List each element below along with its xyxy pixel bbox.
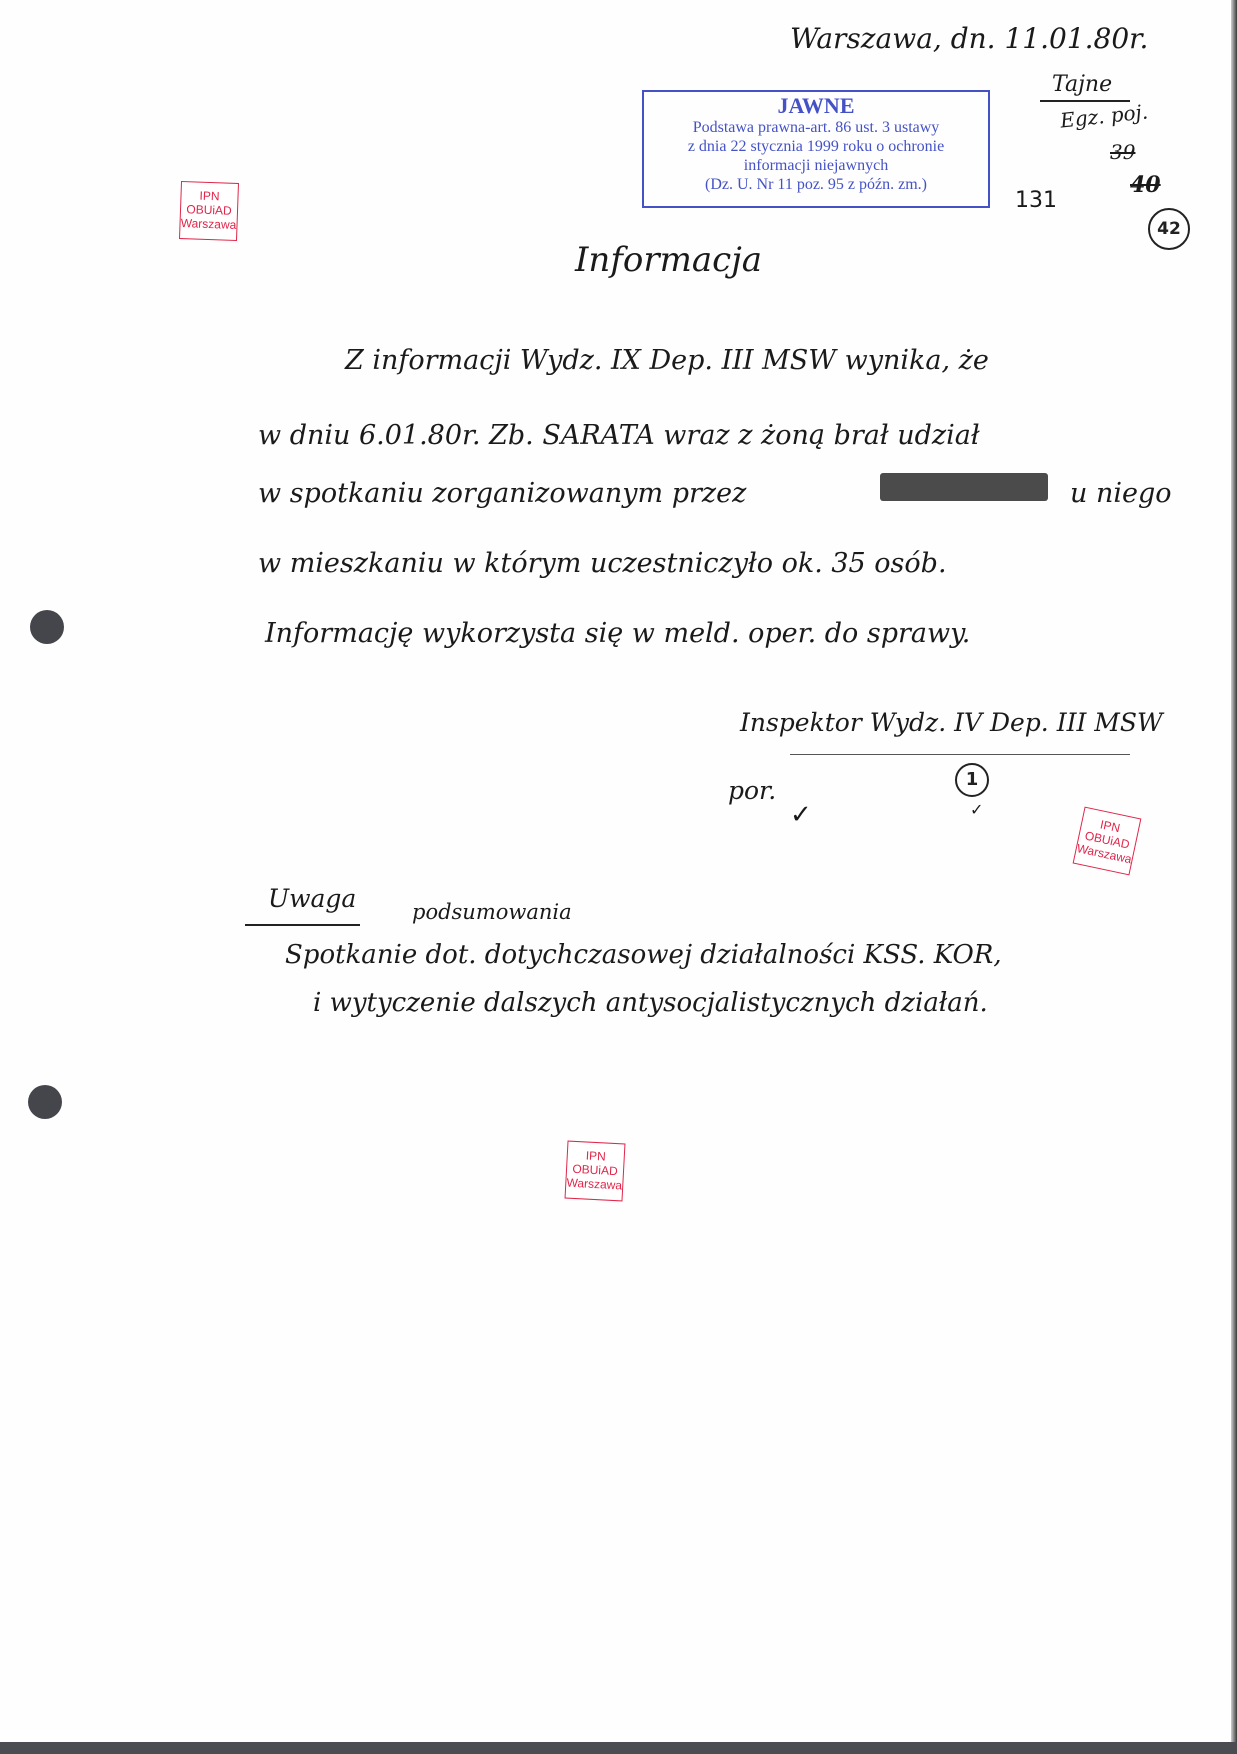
scanned-page: Warszawa, dn. 11.01.80r. Tajne Egz. poj.… — [0, 0, 1237, 1754]
circled-mark-text: 1 — [966, 769, 979, 790]
redaction-bar — [880, 473, 1048, 501]
notes-line-1: Spotkanie dot. dotychczasowej działalnoś… — [285, 940, 1002, 970]
stamp-title: JAWNE — [644, 94, 988, 118]
jawne-declassification-stamp: JAWNE Podstawa prawna-art. 86 ust. 3 ust… — [642, 90, 990, 208]
ipn-stamp-line-3: Warszawa — [180, 216, 236, 232]
place-date: Warszawa, dn. 11.01.80r. — [790, 22, 1148, 55]
body-line-1: Z informacji Wydz. IX Dep. III MSW wynik… — [345, 345, 989, 376]
ipn-stamp-top-left: IPN OBUiAD Warszawa — [179, 181, 239, 241]
ipn-stamp-line-3: Warszawa — [566, 1176, 623, 1193]
stamp-line-2: z dnia 22 stycznia 1999 roku o ochronie — [644, 137, 988, 156]
scan-edge-bottom — [0, 1742, 1237, 1754]
scan-edge-right — [1231, 0, 1237, 1754]
copy-note: Egz. poj. — [1059, 99, 1149, 132]
notes-insertion: podsumowania — [412, 900, 572, 924]
notes-heading: Uwaga — [268, 884, 356, 913]
folio-number: 131 — [1015, 188, 1057, 213]
crossed-number-2: 40 — [1130, 172, 1161, 198]
circled-page-number: 42 — [1148, 208, 1190, 250]
stamp-line-1: Podstawa prawna-art. 86 ust. 3 ustawy — [644, 118, 988, 137]
crossed-number-1: 39 — [1110, 140, 1135, 164]
body-line-5: Informację wykorzysta się w meld. oper. … — [265, 618, 970, 649]
body-line-3-end: u niego — [1070, 478, 1172, 509]
check-mark-1: ✓ — [790, 800, 812, 830]
stamp-line-4: (Dz. U. Nr 11 poz. 95 z późn. zm.) — [644, 175, 988, 194]
punch-hole-lower — [28, 1085, 62, 1119]
body-line-3: w spotkaniu zorganizowanym przez — [258, 478, 746, 509]
body-line-2: w dniu 6.01.80r. Zb. SARATA wraz z żoną … — [258, 420, 980, 451]
stamp-line-3: informacji niejawnych — [644, 156, 988, 175]
signature-title: Inspektor Wydz. IV Dep. III MSW — [740, 708, 1163, 737]
ipn-stamp-right: IPN OBUiAD Warszawa — [1073, 807, 1142, 876]
notes-heading-underline — [245, 924, 360, 926]
body-line-4: w mieszkaniu w którym uczestniczyło ok. … — [258, 548, 947, 579]
check-mark-2: ✓ — [970, 800, 983, 819]
ipn-stamp-bottom: IPN OBUiAD Warszawa — [565, 1141, 626, 1202]
circled-page-text: 42 — [1157, 219, 1181, 239]
signature-rank: por. — [728, 776, 776, 805]
document-title: Informacja — [575, 240, 762, 280]
signature-line — [790, 754, 1130, 755]
classification-mark: Tajne — [1052, 72, 1112, 97]
punch-hole-upper — [30, 610, 64, 644]
circled-mark: 1 — [955, 763, 989, 797]
notes-line-2: i wytyczenie dalszych antysocjalistyczny… — [313, 988, 988, 1018]
